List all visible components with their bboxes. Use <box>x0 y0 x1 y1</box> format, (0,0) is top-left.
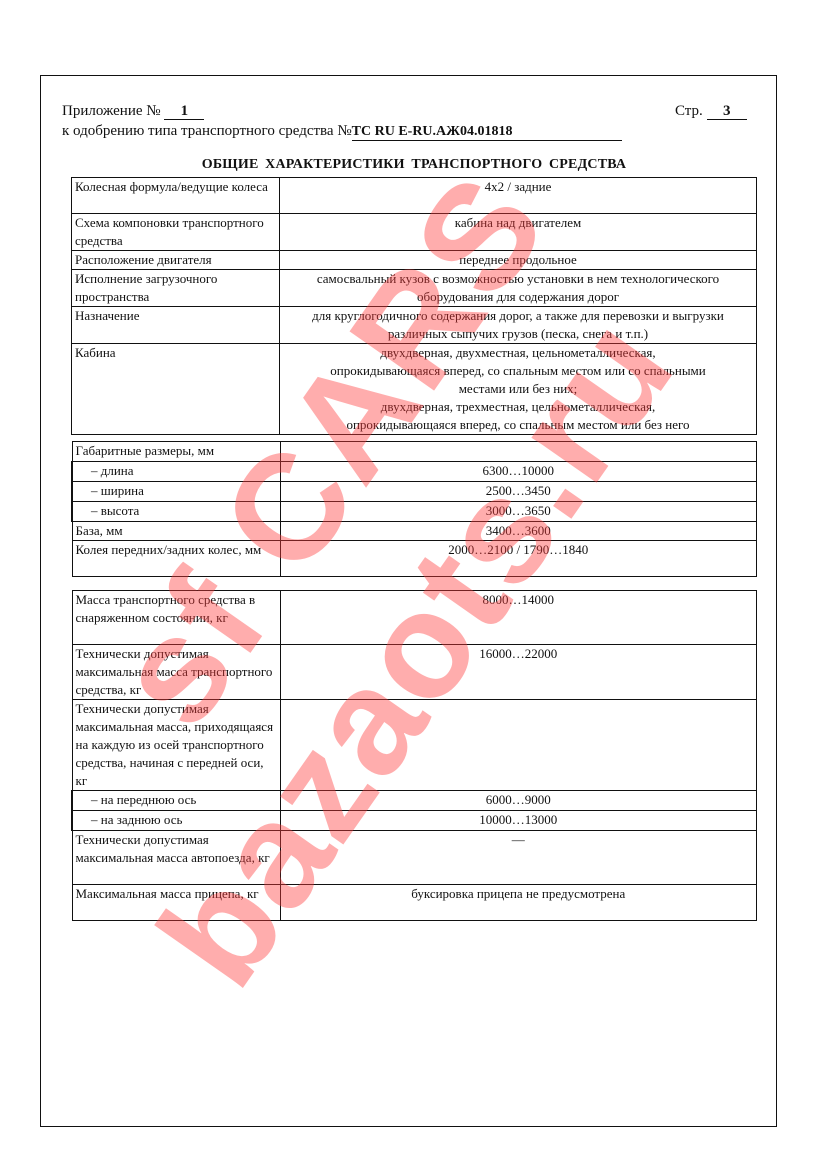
row-key: Масса транспортного средства в снаряженн… <box>72 591 280 645</box>
row-key: – на переднюю ось <box>72 791 280 811</box>
row-key: Исполнение загрузочного пространства <box>72 270 280 307</box>
table-row: Схема компоновки транспортного средства … <box>72 214 757 251</box>
table-row: Колея передних/задних колес, мм 2000…210… <box>72 541 757 577</box>
row-key: База, мм <box>72 522 280 541</box>
row-value: 2000…2100 / 1790…1840 <box>280 541 757 577</box>
table-row: Кабина двухдверная, двухместная, цельном… <box>72 344 757 435</box>
appendix-line: Приложение № 1 <box>62 102 204 120</box>
cabin-line: опрокидывающаяся вперед, со спальным мес… <box>283 362 753 380</box>
row-value: переднее продольное <box>280 251 757 270</box>
table-row: – длина 6300…10000 <box>72 462 757 482</box>
row-value: кабина над двигателем <box>280 214 757 251</box>
row-value: 3000…3650 <box>280 502 757 522</box>
table-row: Технически допустимая максимальная масса… <box>72 700 757 791</box>
cabin-line: двухдверная, трехместная, цельнометаллич… <box>283 398 753 416</box>
row-value: 4x2 / задние <box>280 178 757 214</box>
row-key: – высота <box>72 502 280 522</box>
row-value: 2500…3450 <box>280 482 757 502</box>
row-value: двухдверная, двухместная, цельнометаллич… <box>280 344 757 435</box>
appendix-number: 1 <box>164 103 204 120</box>
table-row: Расположение двигателя переднее продольн… <box>72 251 757 270</box>
table-row: – на переднюю ось 6000…9000 <box>72 791 757 811</box>
row-key: Колесная формула/ведущие колеса <box>72 178 280 214</box>
row-key: Кабина <box>72 344 280 435</box>
table-row: – высота 3000…3650 <box>72 502 757 522</box>
table-row: Масса транспортного средства в снаряженн… <box>72 591 757 645</box>
table-row: Назначение для круглогодичного содержани… <box>72 307 757 344</box>
row-value: — <box>280 831 757 885</box>
approval-line: к одобрению типа транспортного средства … <box>62 122 622 141</box>
mass-table: Масса транспортного средства в снаряженн… <box>71 590 757 921</box>
row-key: Максимальная масса прицепа, кг <box>72 885 280 921</box>
table-row: – ширина 2500…3450 <box>72 482 757 502</box>
row-value: для круглогодичного содержания дорог, а … <box>280 307 757 344</box>
row-value: 8000…14000 <box>280 591 757 645</box>
row-key: Технически допустимая максимальная масса… <box>72 645 280 700</box>
document-title: ОБЩИЕ ХАРАКТЕРИСТИКИ ТРАНСПОРТНОГО СРЕДС… <box>72 157 756 173</box>
cabin-line: опрокидывающаяся вперед, со спальным мес… <box>283 416 753 434</box>
row-value: 16000…22000 <box>280 645 757 700</box>
row-value: самосвальный кузов с возможностью устано… <box>280 270 757 307</box>
row-key: – длина <box>72 462 280 482</box>
general-characteristics-table: Колесная формула/ведущие колеса 4x2 / за… <box>71 177 757 435</box>
row-value: 3400…3600 <box>280 522 757 541</box>
row-value: 6300…10000 <box>280 462 757 482</box>
table-row: Габаритные размеры, мм <box>72 442 757 462</box>
approval-number: ТС RU E-RU.АЖ04.01818 <box>352 124 622 141</box>
cabin-line: местами или без них; <box>283 380 753 398</box>
table-row: Технически допустимая максимальная масса… <box>72 645 757 700</box>
row-key: – ширина <box>72 482 280 502</box>
row-value: 6000…9000 <box>280 791 757 811</box>
cabin-line: двухдверная, двухместная, цельнометаллич… <box>283 344 753 362</box>
row-key: Назначение <box>72 307 280 344</box>
appendix-label: Приложение № <box>62 103 161 119</box>
row-key: Схема компоновки транспортного средства <box>72 214 280 251</box>
row-value: 10000…13000 <box>280 811 757 831</box>
row-key: Технически допустимая максимальная масса… <box>72 700 280 791</box>
page-number: 3 <box>707 103 747 120</box>
row-key: Технически допустимая максимальная масса… <box>72 831 280 885</box>
table-row: Исполнение загрузочного пространства сам… <box>72 270 757 307</box>
table-row: Технически допустимая максимальная масса… <box>72 831 757 885</box>
table-row: Максимальная масса прицепа, кг буксировк… <box>72 885 757 921</box>
row-value: буксировка прицепа не предусмотрена <box>280 885 757 921</box>
row-key: Колея передних/задних колес, мм <box>72 541 280 577</box>
row-key: Габаритные размеры, мм <box>72 442 280 462</box>
dimensions-table: Габаритные размеры, мм – длина 6300…1000… <box>71 441 757 577</box>
row-key: Расположение двигателя <box>72 251 280 270</box>
row-key: – на заднюю ось <box>72 811 280 831</box>
table-row: База, мм 3400…3600 <box>72 522 757 541</box>
row-value <box>280 700 757 791</box>
approval-label: к одобрению типа транспортного средства … <box>62 123 352 139</box>
table-row: Колесная формула/ведущие колеса 4x2 / за… <box>72 178 757 214</box>
table-row: – на заднюю ось 10000…13000 <box>72 811 757 831</box>
page-label: Стр. <box>675 103 703 119</box>
row-value <box>280 442 757 462</box>
page-number-line: Стр.3 <box>675 102 747 120</box>
